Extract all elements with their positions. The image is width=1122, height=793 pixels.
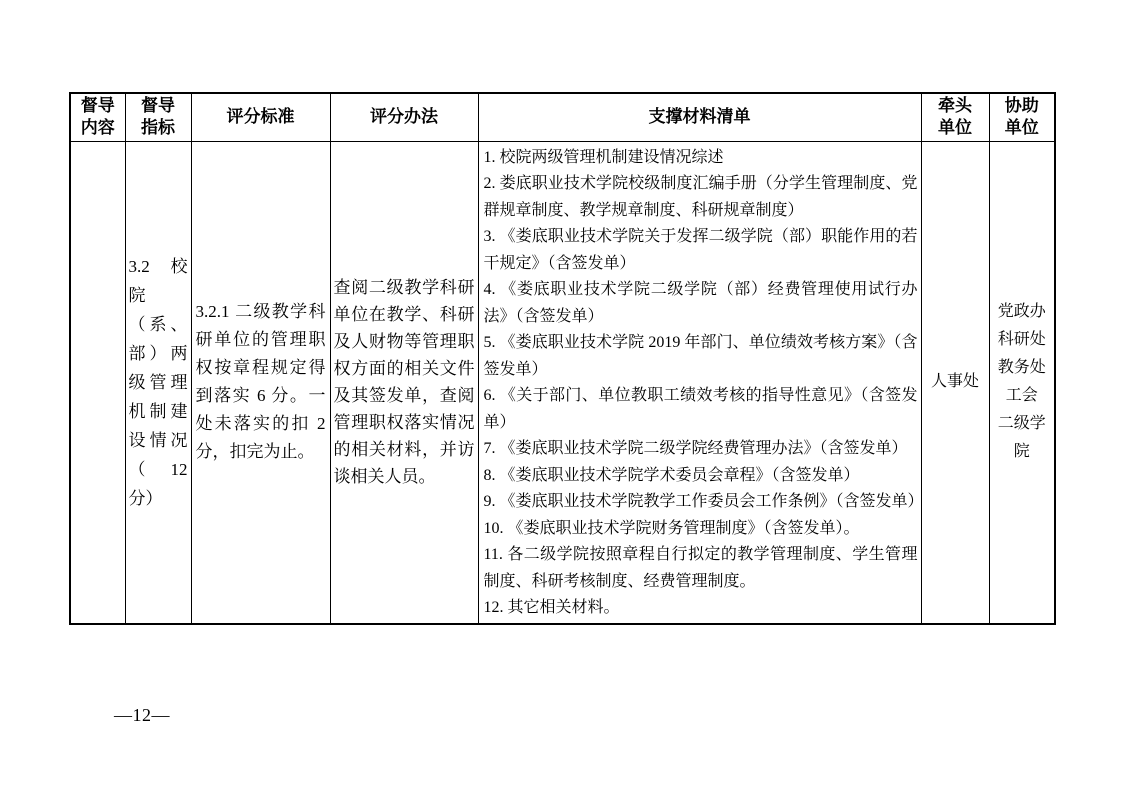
material-item: 11. 各二级学院按照章程自行拟定的教学管理制度、学生管理制度、科研考核制度、经… bbox=[484, 542, 918, 595]
cell-supervision-content bbox=[70, 141, 125, 624]
col-header-lead-unit: 牵头 单位 bbox=[921, 93, 989, 141]
assisting-unit-item: 党政办 bbox=[994, 298, 1051, 326]
col-header-supervision-indicator: 督导 指标 bbox=[125, 93, 191, 141]
material-item: 8. 《娄底职业技术学院学术委员会章程》（含签发单） bbox=[484, 463, 918, 490]
assisting-unit-item: 二级学院 bbox=[994, 410, 1051, 466]
supervision-evaluation-table: 督导 内容 督导 指标 评分标准 评分办法 支撑材料清单 牵头 单位 协助 单位… bbox=[69, 92, 1056, 625]
material-item: 5. 《娄底职业技术学院 2019 年部门、单位绩效考核方案》（含签发单） bbox=[484, 330, 918, 383]
material-item: 7. 《娄底职业技术学院二级学院经费管理办法》（含签发单） bbox=[484, 436, 918, 463]
assisting-unit-item: 工会 bbox=[994, 382, 1051, 410]
cell-scoring-method: 查阅二级教学科研单位在教学、科研及人财物等管理职权方面的相关文件及其签发单，查阅… bbox=[330, 141, 478, 624]
material-item: 3. 《娄底职业技术学院关于发挥二级学院（部）职能作用的若干规定》（含签发单） bbox=[484, 224, 918, 277]
cell-assisting-units: 党政办 科研处 教务处 工会 二级学院 bbox=[989, 141, 1055, 624]
cell-scoring-standard: 3.2.1 二级教学科研单位的管理职权按章程规定得到落实 6 分。一处未落实的扣… bbox=[191, 141, 330, 624]
cell-lead-unit: 人事处 bbox=[921, 141, 989, 624]
material-item: 12. 其它相关材料。 bbox=[484, 595, 918, 622]
col-header-scoring-method: 评分办法 bbox=[330, 93, 478, 141]
col-header-supervision-content: 督导 内容 bbox=[70, 93, 125, 141]
col-header-supporting-materials: 支撑材料清单 bbox=[478, 93, 921, 141]
cell-supervision-indicator: 3.2 校院（系、部）两级管理机制建设情况（ 12 分） bbox=[125, 141, 191, 624]
material-item: 6. 《关于部门、单位教职工绩效考核的指导性意见》（含签发单） bbox=[484, 383, 918, 436]
assisting-unit-item: 教务处 bbox=[994, 354, 1051, 382]
material-item: 1. 校院两级管理机制建设情况综述 bbox=[484, 145, 918, 172]
material-item: 2. 娄底职业技术学院校级制度汇编手册（分学生管理制度、党群规章制度、教学规章制… bbox=[484, 171, 918, 224]
material-item: 10. 《娄底职业技术学院财务管理制度》（含签发单）。 bbox=[484, 516, 918, 543]
col-header-assisting-unit: 协助 单位 bbox=[989, 93, 1055, 141]
cell-supporting-materials: 1. 校院两级管理机制建设情况综述 2. 娄底职业技术学院校级制度汇编手册（分学… bbox=[478, 141, 921, 624]
page-number: —12— bbox=[114, 705, 170, 726]
col-header-scoring-standard: 评分标准 bbox=[191, 93, 330, 141]
assisting-unit-item: 科研处 bbox=[994, 326, 1051, 354]
material-item: 9. 《娄底职业技术学院教学工作委员会工作条例》（含签发单） bbox=[484, 489, 918, 516]
table-row: 3.2 校院（系、部）两级管理机制建设情况（ 12 分） 3.2.1 二级教学科… bbox=[70, 141, 1055, 624]
material-item: 4. 《娄底职业技术学院二级学院（部）经费管理使用试行办法》（含签发单） bbox=[484, 277, 918, 330]
table-header-row: 督导 内容 督导 指标 评分标准 评分办法 支撑材料清单 牵头 单位 协助 单位 bbox=[70, 93, 1055, 141]
